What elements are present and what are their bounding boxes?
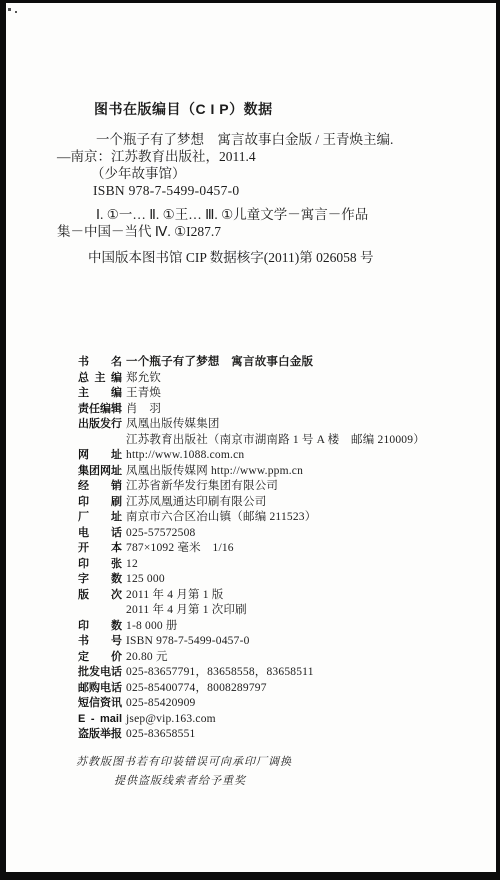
row-value: 江苏教育出版社（南京市湖南路 1 号 A 楼 邮编 210009） <box>126 433 425 449</box>
row-value: 025-57572508 <box>126 526 195 542</box>
colophon-row-factory-address: 厂 址 南京市六合区冶山镇（邮编 211523） <box>78 510 486 526</box>
bottom-notes: 苏教版图书若有印装错误可向承印厂调换 提供盗版线索者给予重奖 <box>6 753 496 791</box>
row-label: 印 数 <box>78 619 122 635</box>
scan-speck <box>8 8 11 11</box>
row-label: 出版发行 <box>78 417 122 433</box>
colophon-row-distributor: 经 销 江苏省新华发行集团有限公司 <box>78 479 486 495</box>
row-label: E - mail <box>78 712 122 728</box>
colophon-row-group-website: 集团网址 凤凰出版传媒网 http://www.ppm.cn <box>78 464 486 480</box>
scan-speck <box>15 11 17 13</box>
row-label: 经 销 <box>78 479 122 495</box>
colophon-row-publisher-address: 江苏教育出版社（南京市湖南路 1 号 A 楼 邮编 210009） <box>78 433 486 449</box>
cip-title-line-2: —南京：江苏教育出版社，2011.4 <box>57 148 496 165</box>
row-label <box>78 603 122 619</box>
colophon-row-word-count: 字 数 125 000 <box>78 572 486 588</box>
colophon-row-sheets: 印 张 12 <box>78 557 486 573</box>
row-value: http://www.1088.com.cn <box>126 448 244 464</box>
cip-classification-line-2: 集－中国－当代 Ⅳ. ①I287.7 <box>57 223 496 240</box>
row-value: 江苏凤凰通达印刷有限公司 <box>126 495 266 511</box>
colophon-row-price: 定 价 20.80 元 <box>78 650 486 666</box>
row-value: 025-83657791，83658558，83658511 <box>126 665 314 681</box>
cip-data-block: 图书在版编目（C I P）数据 一个瓶子有了梦想 寓言故事白金版 / 王青焕主编… <box>6 101 496 266</box>
misprint-exchange-note: 苏教版图书若有印装错误可向承印厂调换 <box>76 753 496 772</box>
row-value: 一个瓶子有了梦想 寓言故事白金版 <box>126 355 313 371</box>
row-label: 邮购电话 <box>78 681 122 697</box>
cip-record-number: 中国版本图书馆 CIP 数据核字(2011)第 026058 号 <box>88 249 496 266</box>
row-value: 1-8 000 册 <box>126 619 178 635</box>
colophon-row-mail-order-phone: 邮购电话 025-85400774，8008289797 <box>78 681 486 697</box>
colophon-row-printer: 印 刷 江苏凤凰通达印刷有限公司 <box>78 495 486 511</box>
row-label: 短信资讯 <box>78 696 122 712</box>
row-value: 125 000 <box>126 572 165 588</box>
colophon-row-duty-editor: 责任编辑 肖 羽 <box>78 402 486 418</box>
row-value: 20.80 元 <box>126 650 168 666</box>
row-label: 集团网址 <box>78 464 122 480</box>
colophon-row-printing: 2011 年 4 月第 1 次印刷 <box>78 603 486 619</box>
colophon-row-email: E - mail jsep@vip.163.com <box>78 712 486 728</box>
row-value: 王青焕 <box>126 386 161 402</box>
row-label: 字 数 <box>78 572 122 588</box>
row-label: 网 址 <box>78 448 122 464</box>
colophon-row-sms-info: 短信资讯 025-85420909 <box>78 696 486 712</box>
colophon-row-website: 网 址 http://www.1088.com.cn <box>78 448 486 464</box>
cip-classification-line-1: Ⅰ. ①一… Ⅱ. ①王… Ⅲ. ①儿童文学－寓言－作品 <box>96 206 496 223</box>
row-value: 025-83658551 <box>126 727 195 743</box>
piracy-reward-note: 提供盗版线索者给予重奖 <box>114 772 496 791</box>
row-label: 批发电话 <box>78 665 122 681</box>
row-label: 总 主 编 <box>78 371 122 387</box>
row-label <box>78 433 122 449</box>
cip-isbn: ISBN 978-7-5499-0457-0 <box>93 182 496 199</box>
row-label: 版 次 <box>78 588 122 604</box>
row-label: 书 名 <box>78 355 122 371</box>
colophon-row-wholesale-phone: 批发电话 025-83657791，83658558，83658511 <box>78 665 486 681</box>
row-value: 江苏省新华发行集团有限公司 <box>126 479 278 495</box>
colophon-row-print-run: 印 数 1-8 000 册 <box>78 619 486 635</box>
row-label: 主 编 <box>78 386 122 402</box>
row-value: 025-85400774，8008289797 <box>126 681 267 697</box>
row-value: ISBN 978-7-5499-0457-0 <box>126 634 250 650</box>
row-value: 郑允钦 <box>126 371 161 387</box>
row-label: 定 价 <box>78 650 122 666</box>
row-label: 印 刷 <box>78 495 122 511</box>
colophon-row-book-number: 书 号 ISBN 978-7-5499-0457-0 <box>78 634 486 650</box>
colophon-row-editor: 主 编 王青焕 <box>78 386 486 402</box>
cip-title-line-1: 一个瓶子有了梦想 寓言故事白金版 / 王青焕主编. <box>96 131 496 148</box>
colophon-row-format: 开 本 787×1092 毫米 1/16 <box>78 541 486 557</box>
row-value: 2011 年 4 月第 1 版 <box>126 588 223 604</box>
row-value: 025-85420909 <box>126 696 195 712</box>
row-value: 南京市六合区冶山镇（邮编 211523） <box>126 510 316 526</box>
row-value: 凤凰出版传媒网 http://www.ppm.cn <box>126 464 303 480</box>
row-label: 盗版举报 <box>78 727 122 743</box>
colophon-row-piracy-report: 盗版举报 025-83658551 <box>78 727 486 743</box>
row-label: 责任编辑 <box>78 402 122 418</box>
colophon-row-edition: 版 次 2011 年 4 月第 1 版 <box>78 588 486 604</box>
colophon-row-phone: 电 话 025-57572508 <box>78 526 486 542</box>
cip-header: 图书在版编目（C I P）数据 <box>94 101 496 118</box>
row-value: 凤凰出版传媒集团 <box>126 417 220 433</box>
row-label: 印 张 <box>78 557 122 573</box>
row-value: 787×1092 毫米 1/16 <box>126 541 234 557</box>
row-label: 书 号 <box>78 634 122 650</box>
row-value: jsep@vip.163.com <box>126 712 216 728</box>
row-label: 开 本 <box>78 541 122 557</box>
row-value: 肖 羽 <box>126 402 161 418</box>
book-copyright-page: 图书在版编目（C I P）数据 一个瓶子有了梦想 寓言故事白金版 / 王青焕主编… <box>6 3 496 872</box>
row-label: 电 话 <box>78 526 122 542</box>
scanned-page-background: 图书在版编目（C I P）数据 一个瓶子有了梦想 寓言故事白金版 / 王青焕主编… <box>0 0 500 880</box>
cip-series-name: （少年故事馆） <box>91 165 496 182</box>
row-value: 12 <box>126 557 138 573</box>
colophon-row-book-title: 书 名 一个瓶子有了梦想 寓言故事白金版 <box>78 355 486 371</box>
row-label: 厂 址 <box>78 510 122 526</box>
colophon-row-chief-editor: 总 主 编 郑允钦 <box>78 371 486 387</box>
colophon-row-publisher: 出版发行 凤凰出版传媒集团 <box>78 417 486 433</box>
colophon-table: 书 名 一个瓶子有了梦想 寓言故事白金版 总 主 编 郑允钦 主 编 王青焕 责… <box>78 355 486 743</box>
row-value: 2011 年 4 月第 1 次印刷 <box>126 603 247 619</box>
